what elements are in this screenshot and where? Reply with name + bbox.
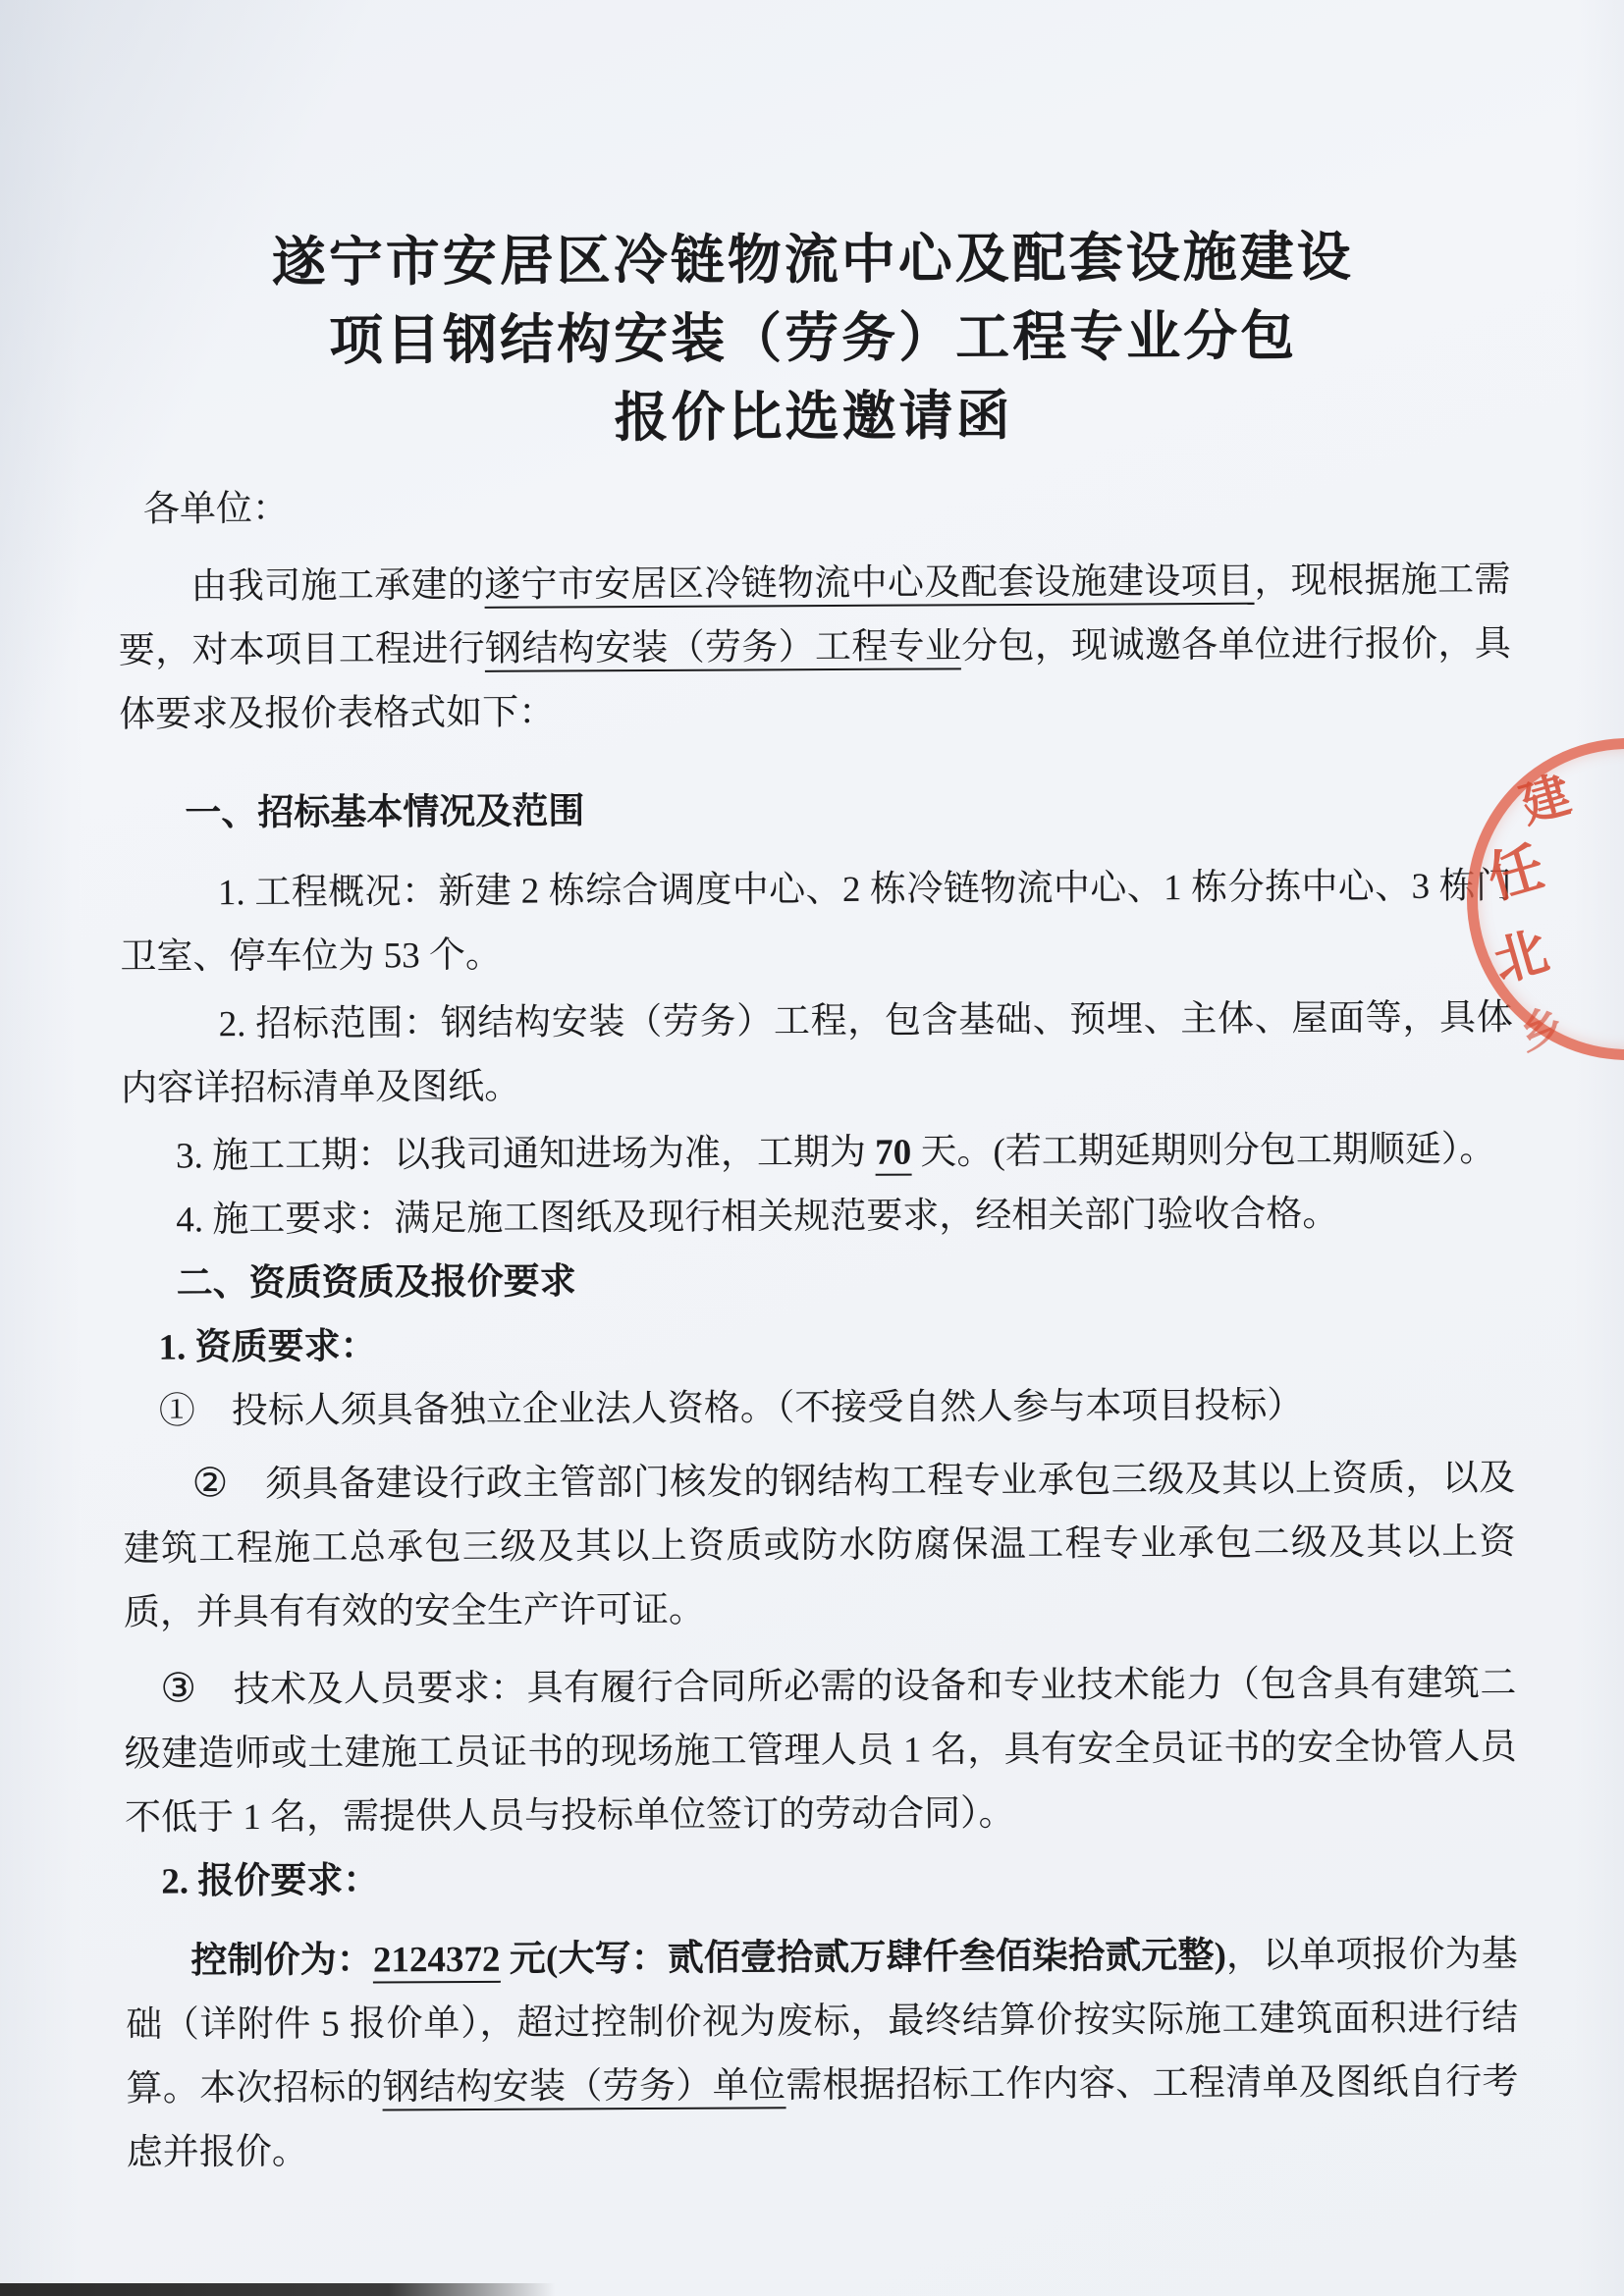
document-content: 遂宁市安居区冷链物流中心及配套设施建设 项目钢结构安装（劳务）工程专业分包 报价… — [0, 0, 1624, 2185]
qualification-3-text: 技术及人员要求：具有履行合同所必需的设备和专业技术能力（包含具有建筑二级建造师或… — [125, 1663, 1517, 1838]
qualification-2-text: 须具备建设行政主管部门核发的钢结构工程专业承包三级及其以上资质，以及建筑工程施工… — [123, 1458, 1515, 1632]
qualification-item-1: ① 投标人须具备独立企业法人资格。（不接受自然人参与本项目投标） — [123, 1372, 1515, 1443]
bidder-unit-underlined: 钢结构安装（劳务）单位 — [383, 2065, 786, 2110]
control-price-value: 2124372 — [373, 1940, 501, 1984]
control-price-paragraph: 控制价为：2124372 元(大写：贰佰壹拾贰万肆仟叁佰柒拾贰元整)，以单项报价… — [126, 1922, 1519, 2184]
qualification-heading: 1. 资质要求： — [122, 1308, 1514, 1379]
scanned-document-page: 遂宁市安居区冷链物流中心及配套设施建设 项目钢结构安装（劳务）工程专业分包 报价… — [0, 0, 1624, 2296]
period-suffix: 天。(若工期延期则分包工期顺延）。 — [911, 1129, 1495, 1172]
intro-run-1: 由我司施工承建的 — [190, 565, 484, 608]
item-bid-scope: 2. 招标范围：钢结构安装（劳务）工程，包含基础、预埋、主体、屋面等，具体内容详… — [121, 986, 1514, 1120]
quote-requirement-heading: 2. 报价要求： — [125, 1842, 1517, 1913]
document-title: 遂宁市安居区冷链物流中心及配套设施建设 项目钢结构安装（劳务）工程专业分包 报价… — [117, 217, 1510, 459]
period-duration-days: 70 — [875, 1133, 911, 1176]
section1-heading: 一、招标基本情况及范围 — [120, 774, 1512, 845]
scan-edge-artifact — [0, 2283, 555, 2296]
item-project-overview: 1. 工程概况：新建 2 栋综合调度中心、2 栋冷链物流中心、1 栋分拣中心、3… — [120, 854, 1513, 988]
salutation: 各单位： — [118, 470, 1510, 541]
section2-heading: 二、资质资质及报价要求 — [122, 1245, 1514, 1315]
title-line-1: 遂宁市安居区冷链物流中心及配套设施建设 — [117, 217, 1509, 302]
title-line-2: 项目钢结构安装（劳务）工程专业分包 — [117, 295, 1509, 381]
qualification-item-3: ③ 技术及人员要求：具有履行合同所必需的设备和专业技术能力（包含具有建筑二级建造… — [124, 1649, 1517, 1849]
intro-paragraph: 由我司施工承建的遂宁市安居区冷链物流中心及配套设施建设项目，现根据施工需要，对本… — [118, 548, 1511, 746]
title-line-3: 报价比选邀请函 — [117, 374, 1509, 459]
qualification-item-2: ② 须具备建设行政主管部门核发的钢结构工程专业承包三级及其以上资质，以及建筑工程… — [123, 1444, 1516, 1644]
item-construction-requirement: 4. 施工要求：满足施工图纸及现行相关规范要求，经相关部门验收合格。 — [122, 1181, 1514, 1252]
circled-2-marker: ② — [191, 1460, 228, 1505]
control-price-capital: 元(大写：贰佰壹拾贰万肆仟叁佰柒拾贰元整) — [500, 1936, 1226, 1980]
subcontract-name-underlined: 钢结构安装（劳务）工程专业 — [485, 626, 961, 672]
circled-3-marker: ③ — [160, 1665, 196, 1710]
period-prefix: 3. 施工工期：以我司通知进场为准，工期为 — [176, 1133, 875, 1177]
control-price-label: 控制价为： — [190, 1940, 373, 1981]
item-construction-period: 3. 施工工期：以我司通知进场为准，工期为 70 天。(若工期延期则分包工期顺延… — [121, 1117, 1513, 1188]
project-name-underlined: 遂宁市安居区冷链物流中心及配套设施建设项目 — [484, 561, 1254, 609]
